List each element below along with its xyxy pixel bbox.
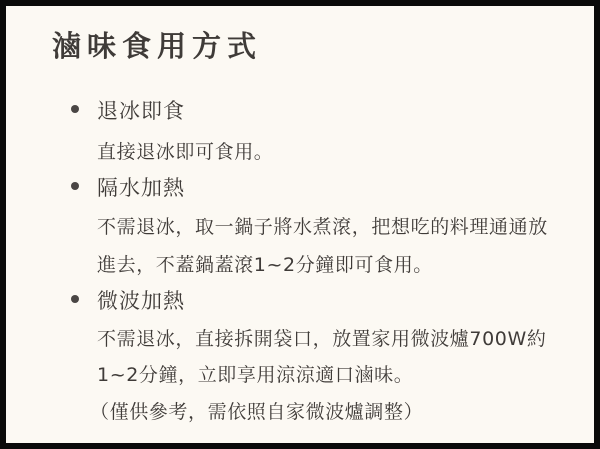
page-title: 滷味食用方式 xyxy=(52,26,262,66)
bullet-icon xyxy=(71,182,79,190)
bullet-icon xyxy=(71,105,79,113)
method-desc-line: 直接退冰即可食用。 xyxy=(97,139,273,165)
method-desc-line: 不需退冰，直接拆開袋口，放置家用微波爐700W約 xyxy=(97,326,546,352)
method-desc-line: 進去，不蓋鍋蓋滾1~2分鐘即可食用。 xyxy=(97,252,433,278)
method-desc-line: 1~2分鐘，立即享用涼涼適口滷味。 xyxy=(97,362,413,388)
method-heading-boil: 隔水加熱 xyxy=(97,175,185,201)
method-desc-line: 不需退冰，取一鍋子將水煮滾，把想吃的料理通通放 xyxy=(97,214,548,240)
method-heading-microwave: 微波加熱 xyxy=(97,288,185,314)
bullet-icon xyxy=(71,295,79,303)
instruction-card: 滷味食用方式 退冰即食 直接退冰即可食用。 隔水加熱 不需退冰，取一鍋子將水煮滾… xyxy=(6,6,594,443)
method-note: （僅供參考，需依照自家微波爐調整） xyxy=(90,399,423,425)
method-heading-thaw: 退冰即食 xyxy=(97,98,185,124)
